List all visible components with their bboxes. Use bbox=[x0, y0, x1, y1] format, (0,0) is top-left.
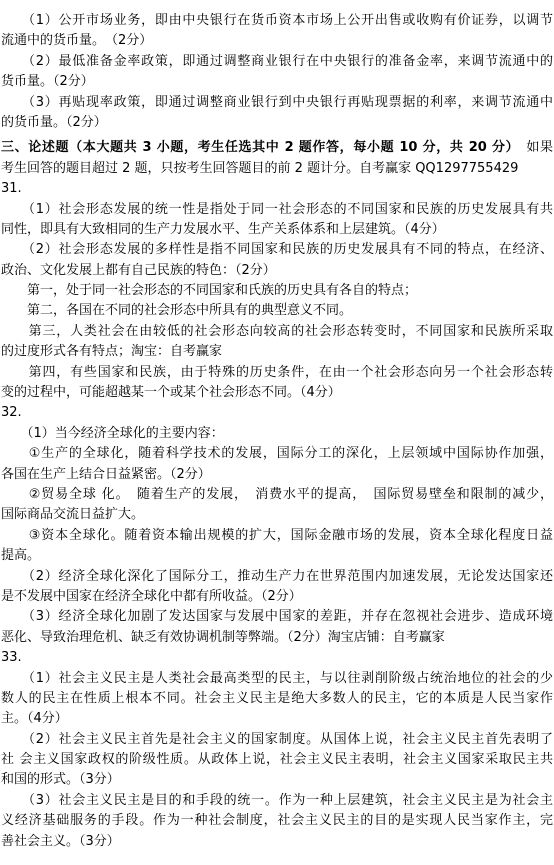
text-line: （3）社会主义民主是目的和手段的统一。作为一种上层建筑，社会主义民主是为社会主 bbox=[1, 791, 553, 811]
section-heading-bold-text: 三、论述题（本大题共 3 小题，考生任选其中 2 题作答，每小题 10 分，共 … bbox=[1, 140, 513, 155]
question-number-32: 32. bbox=[1, 403, 553, 423]
text-line: 变的过程中，可能超越某一个或某个社会形态不同。（4分） bbox=[1, 383, 553, 403]
text-line: 数人的民主在性质上根本不同。社会主义民主是绝大多数人的民主，它的本质是人民当家作 bbox=[1, 689, 553, 709]
text-line: 社 会主义国家政权的阶级性质。从政体上说，社会主义民主表明，社会主义国家采取民主… bbox=[1, 750, 553, 770]
text-line: （2）社会形态发展的多样性是指不同国家和民族的历史发展具有不同的特点，在经济、 bbox=[1, 240, 553, 260]
question-number-33: 33. bbox=[1, 648, 553, 668]
text-line: 考生回答的题目超过 2 题，只按考生回答题目的前 2 题计分。自考赢家 QQ12… bbox=[1, 159, 553, 179]
text-line: 第一，处于同一社会形态的不同国家和氏族的历史具有各自的特点； bbox=[1, 281, 553, 301]
text-line: 提高。 bbox=[1, 546, 553, 566]
text-line: （2）社会主义民主首先是社会主义的国家制度。从国体上说，社会主义民主首先表明了 bbox=[1, 730, 553, 750]
text-line: 恶化、导致治理危机、缺乏有效协调机制等弊端。（2分）淘宝店铺：自考赢家 bbox=[1, 628, 553, 648]
text-line: 货币量。（2分） bbox=[1, 72, 553, 92]
text-line: 的过度形式各有特点；淘宝：自考赢家 bbox=[1, 342, 553, 362]
text-line: （3）经济全球化加剧了发达国家与发展中国家的差距，并存在忽视社会进步、造成环境 bbox=[1, 607, 553, 627]
text-line: （3）再贴现率政策，即通过调整商业银行到中央银行再贴现票据的利率，来调节流通中 bbox=[1, 93, 553, 113]
text-line: 善社会主义。（3分） bbox=[1, 832, 553, 852]
text-line: 主。（4分） bbox=[1, 709, 553, 729]
text-line: 第三，人类社会在由较低的社会形态向较高的社会形态转变时，不同国家和民族所采取 bbox=[1, 322, 553, 342]
text-line: 的货币量。（2分） bbox=[1, 113, 553, 133]
text-line: （2）经济全球化深化了国际分工，推动生产力在世界范围内加速发展，无论发达国家还 bbox=[1, 567, 553, 587]
text-line: （1）公开市场业务，即由中央银行在货币资本市场上公开出售或收购有价证券，以调节 bbox=[1, 11, 553, 31]
text-line: 流通中的货币量。 （2分） bbox=[1, 31, 553, 51]
section-heading-note-text: 如果 bbox=[513, 140, 553, 155]
text-line: ③资本全球化。随着资本输出规模的扩大，国际金融市场的发展，资本全球化程度日益 bbox=[1, 526, 553, 546]
text-line: ①生产的全球化，随着科学技术的发展，国际分工的深化，上层领域中国际协作加强， bbox=[1, 444, 553, 464]
text-line: （1）当今经济全球化的主要内容： bbox=[1, 424, 553, 444]
text-line: ②贸易全球 化。 随着生产的发展， 消费水平的提高， 国际贸易壁垒和限制的减少， bbox=[1, 485, 553, 505]
text-line: （1）社会形态发展的统一性是指处于同一社会形态的不同国家和民族的历史发展具有共 bbox=[1, 200, 553, 220]
section-heading: 三、论述题（本大题共 3 小题，考生任选其中 2 题作答，每小题 10 分，共 … bbox=[1, 138, 553, 158]
text-line: 是不发展中国家在经济全球化中都有所收益。（2分） bbox=[1, 587, 553, 607]
text-line: （1）社会主义民主是人类社会最高类型的民主，与以往剥削阶级占统治地位的社会的少 bbox=[1, 669, 553, 689]
text-line: （2）最低准备金率政策，即通过调整商业银行在中央银行的准备金率，来调节流通中的 bbox=[1, 52, 553, 72]
text-line: 同性，即具有大致相同的生产力发展水平、生产关系体系和上层建筑。（4分） bbox=[1, 220, 553, 240]
document-page: （1）公开市场业务，即由中央银行在货币资本市场上公开出售或收购有价证券，以调节流… bbox=[0, 0, 554, 865]
question-number-31: 31. bbox=[1, 179, 553, 199]
text-line: 和国的形式。（3分） bbox=[1, 770, 553, 790]
text-line: 义经济基础服务的手段。作为一种社会制度，社会主义民主的目的是实现人民当家作主，完 bbox=[1, 811, 553, 831]
text-line: 第二，各国在不同的社会形态中所具有的典型意义不同。 bbox=[1, 301, 553, 321]
text-line: 各国在生产上结合日益紧密。（2分） bbox=[1, 465, 553, 485]
text-line: 第四，有些国家和民族，由于特殊的历史条件，在由一个社会形态向另一个社会形态转 bbox=[1, 363, 553, 383]
text-line: 国际商品交流日益扩大。 bbox=[1, 505, 553, 525]
text-line: 政治、文化发展上都有自己民族的特色：（2分） bbox=[1, 261, 553, 281]
